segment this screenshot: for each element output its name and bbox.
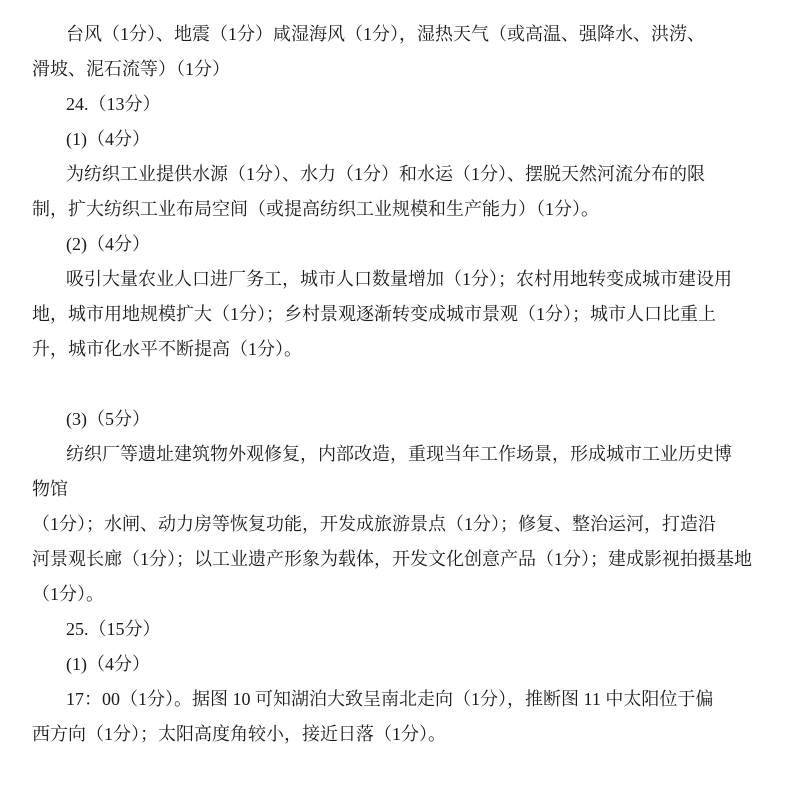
text-line: 滑坡、泥石流等）（1分） <box>32 52 772 87</box>
text-line: 升，城市化水平不断提高（1分）。 <box>32 332 772 367</box>
text-line: 地，城市用地规模扩大（1分）；乡村景观逐渐转变成城市景观（1分）；城市人口比重上 <box>32 297 772 332</box>
text-line: （1分）；水闸、动力房等恢复功能，开发成旅游景点（1分）；修复、整治运河，打造沿 <box>32 507 772 542</box>
subquestion-3-header: (3)（5分） <box>32 402 772 437</box>
question-25-header: 25.（15分） <box>32 612 772 647</box>
subquestion-2-header: (2)（4分） <box>32 227 772 262</box>
answer-key-text-block: 台风（1分）、地震（1分）咸湿海风（1分），湿热天气（或高温、强降水、洪涝、 滑… <box>0 0 800 752</box>
text-line: 吸引大量农业人口进厂务工，城市人口数量增加（1分）；农村用地转变成城市建设用 <box>32 262 772 297</box>
subquestion-1-header: (1)（4分） <box>32 647 772 682</box>
text-line: （1分）。 <box>32 577 772 612</box>
text-line: 西方向（1分）；太阳高度角较小，接近日落（1分）。 <box>32 717 772 752</box>
text-line: 纺织厂等遗址建筑物外观修复，内部改造，重现当年工作场景，形成城市工业历史博 <box>32 437 772 472</box>
blank-line <box>32 367 772 402</box>
text-line: 为纺织工业提供水源（1分）、水力（1分）和水运（1分）、摆脱天然河流分布的限 <box>32 157 772 192</box>
subquestion-1-header: (1)（4分） <box>32 122 772 157</box>
text-line: 台风（1分）、地震（1分）咸湿海风（1分），湿热天气（或高温、强降水、洪涝、 <box>32 17 772 52</box>
text-line: 河景观长廊（1分）；以工业遗产形象为载体，开发文化创意产品（1分）；建成影视拍摄… <box>32 542 772 577</box>
text-line: 制，扩大纺织工业布局空间（或提高纺织工业规模和生产能力）（1分）。 <box>32 192 772 227</box>
document-page: 台风（1分）、地震（1分）咸湿海风（1分），湿热天气（或高温、强降水、洪涝、 滑… <box>0 0 800 805</box>
text-line: 物馆 <box>32 472 772 507</box>
question-24-header: 24.（13分） <box>32 87 772 122</box>
text-line: 17：00（1分）。据图 10 可知湖泊大致呈南北走向（1分），推断图 11 中… <box>32 682 772 717</box>
